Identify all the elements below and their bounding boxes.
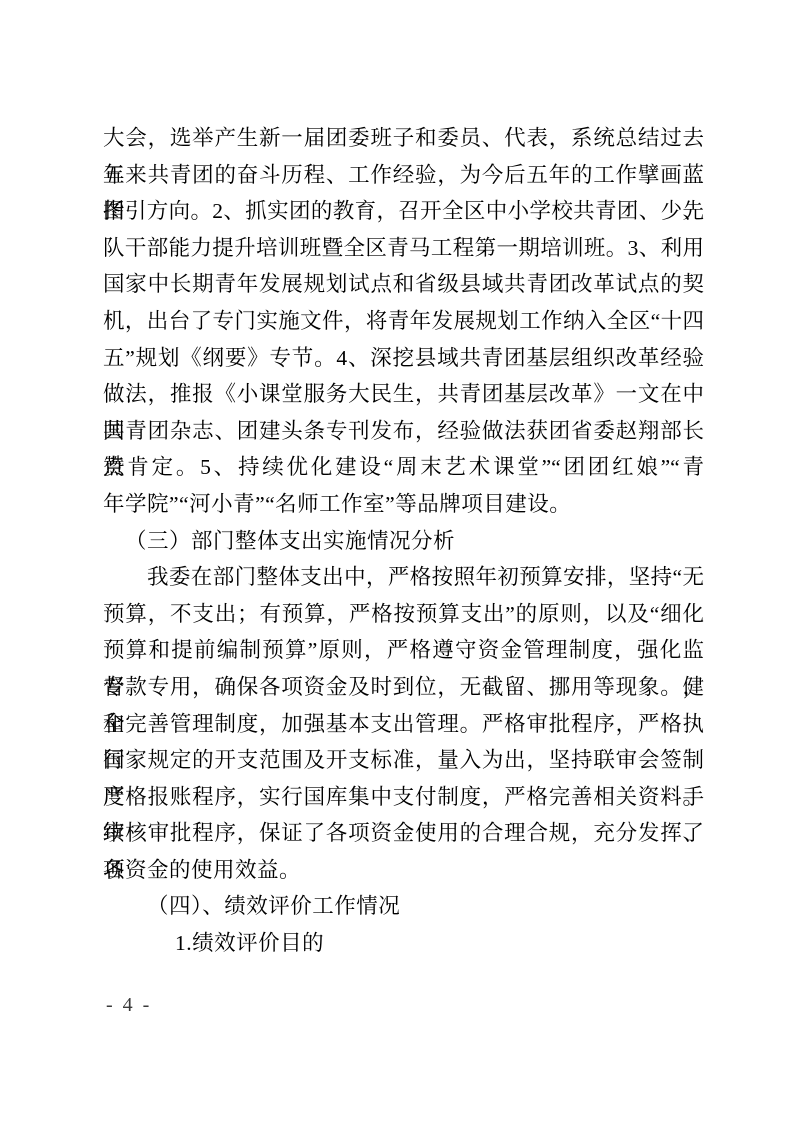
text-line: 我委在部门整体支出中，严格按照年初预算安排，坚持“无: [103, 559, 704, 596]
text-line: （三）部门整体支出实施情况分析: [103, 523, 704, 560]
text-line: 和完善管理制度，加强基本支出管理。严格审批程序，严格执行: [103, 706, 704, 743]
text-line: 预算，不支出；有预算，严格按预算支出”的原则，以及“细化: [103, 596, 704, 633]
text-line: 大会，选举产生新一届团委班子和委员、代表，系统总结过去五: [103, 120, 704, 157]
text-line: 专款专用，确保各项资金及时到位，无截留、挪用等现象。健全: [103, 669, 704, 706]
text-line: 年学院”“河小青”“名师工作室”等品牌项目建设。: [103, 486, 704, 523]
text-line: 项资金的使用效益。: [103, 852, 704, 889]
text-line: 国家中长期青年发展规划试点和省级县域共青团改革试点的契: [103, 266, 704, 303]
text-line: 审核审批程序，保证了各项资金使用的合理合规，充分发挥了各: [103, 815, 704, 852]
text-line: 五”规划《纲要》专节。4、深挖县域共青团基层组织改革经验: [103, 340, 704, 377]
text-line: 国家规定的开支范围及开支标准，量入为出，坚持联审会签制度。: [103, 742, 704, 779]
text-line: 年来共青团的奋斗历程、工作经验，为今后五年的工作擘画蓝图、: [103, 157, 704, 194]
text-line: 严格报账程序，实行国库集中支付制度，严格完善相关资料手续、: [103, 779, 704, 816]
document-body: 大会，选举产生新一届团委班子和委员、代表，系统总结过去五年来共青团的奋斗历程、工…: [103, 120, 704, 962]
text-line: 预算和提前编制预算”原则，严格遵守资金管理制度，强化监督，: [103, 632, 704, 669]
text-line: 指引方向。2、抓实团的教育，召开全区中小学校共青团、少先: [103, 193, 704, 230]
text-line: 赞肯定。5、持续优化建设“周末艺术课堂”“团团红娘”“青: [103, 449, 704, 486]
text-line: （四）、绩效评价工作情况: [103, 888, 704, 925]
text-line: 做法，推报《小课堂服务大民生，共青团基层改革》一文在中国: [103, 376, 704, 413]
text-line: 队干部能力提升培训班暨全区青马工程第一期培训班。3、利用: [103, 230, 704, 267]
text-line: 机，出台了专门实施文件，将青年发展规划工作纳入全区“十四: [103, 303, 704, 340]
text-line: 共青团杂志、团建头条专刊发布，经验做法获团省委赵翔部长点: [103, 413, 704, 450]
document-page: 大会，选举产生新一届团委班子和委员、代表，系统总结过去五年来共青团的奋斗历程、工…: [0, 0, 793, 1122]
page-number: - 4 -: [106, 994, 152, 1017]
text-line: 1.绩效评价目的: [103, 925, 704, 962]
